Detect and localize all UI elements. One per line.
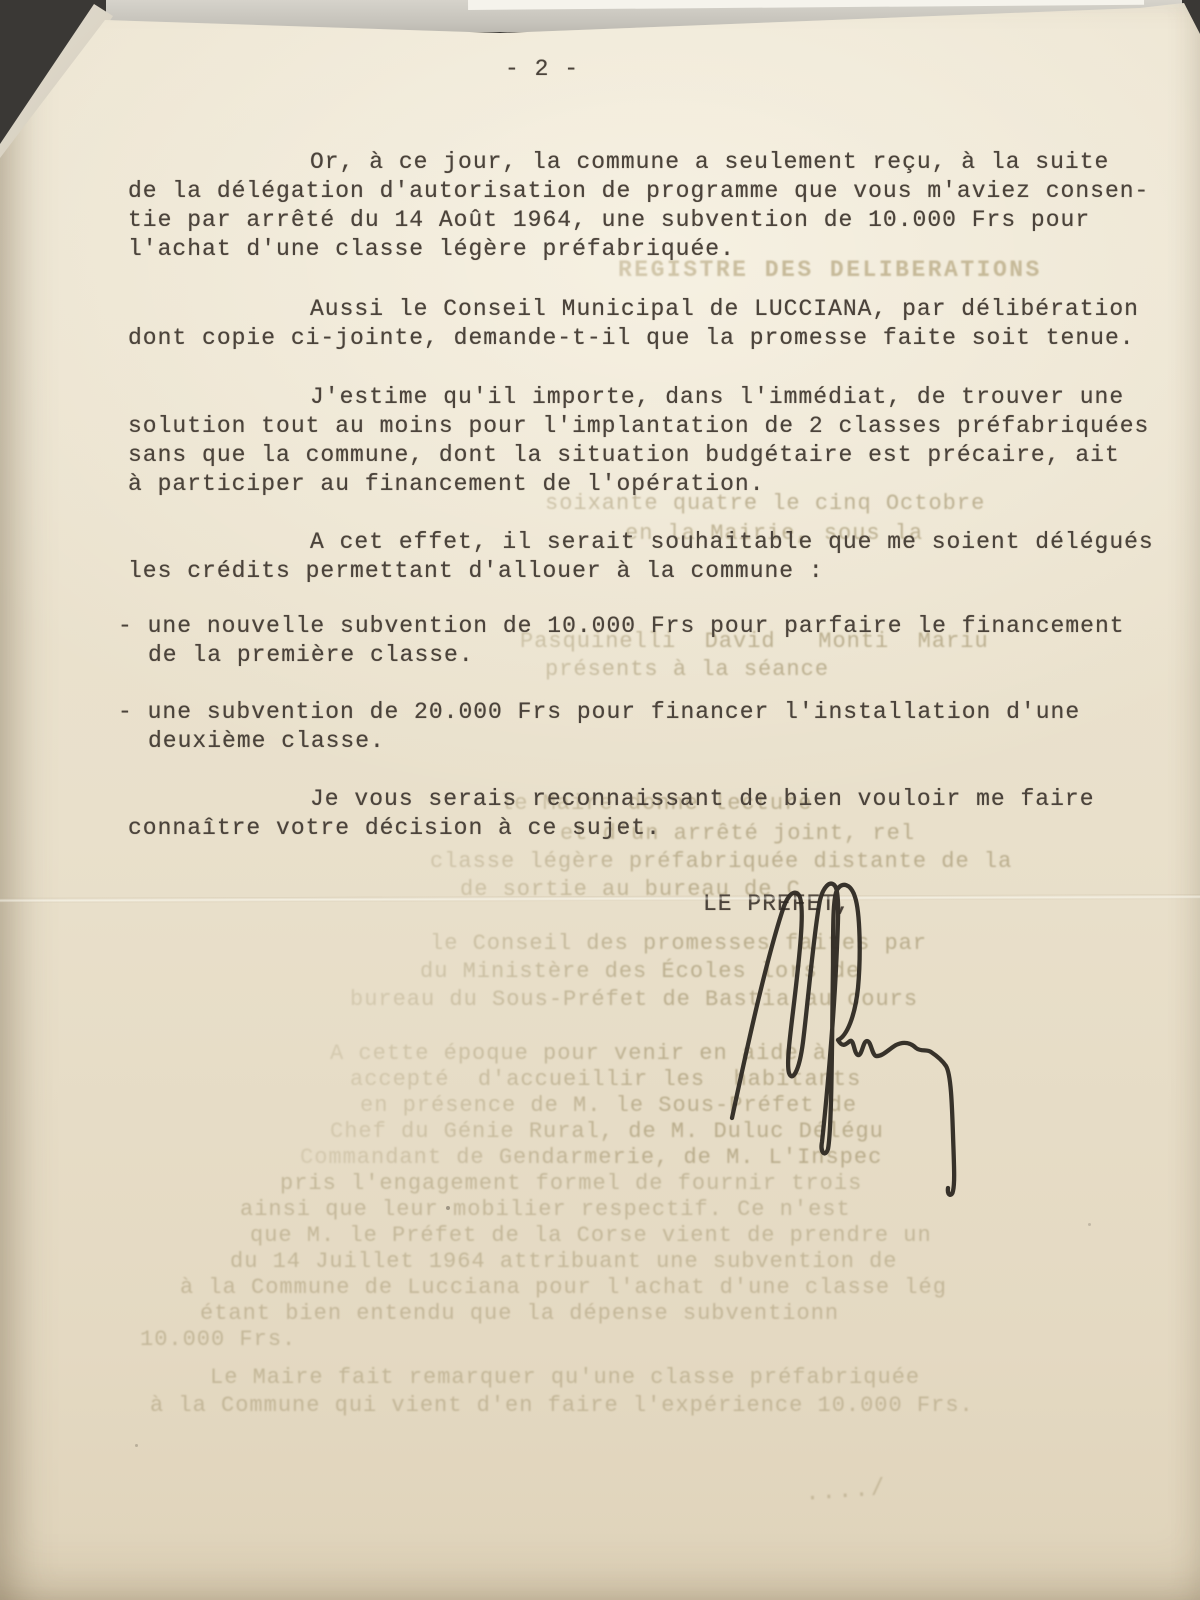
scanned-letter-page: REGISTRE DES DELIBERATIONS soixante quat… <box>0 0 1200 1600</box>
paper-speck <box>1088 1223 1091 1226</box>
paper-speck <box>446 1206 450 1210</box>
paper-speck <box>135 1444 138 1447</box>
signature <box>0 0 1200 1600</box>
paper-sheet: REGISTRE DES DELIBERATIONS soixante quat… <box>0 0 1200 1600</box>
